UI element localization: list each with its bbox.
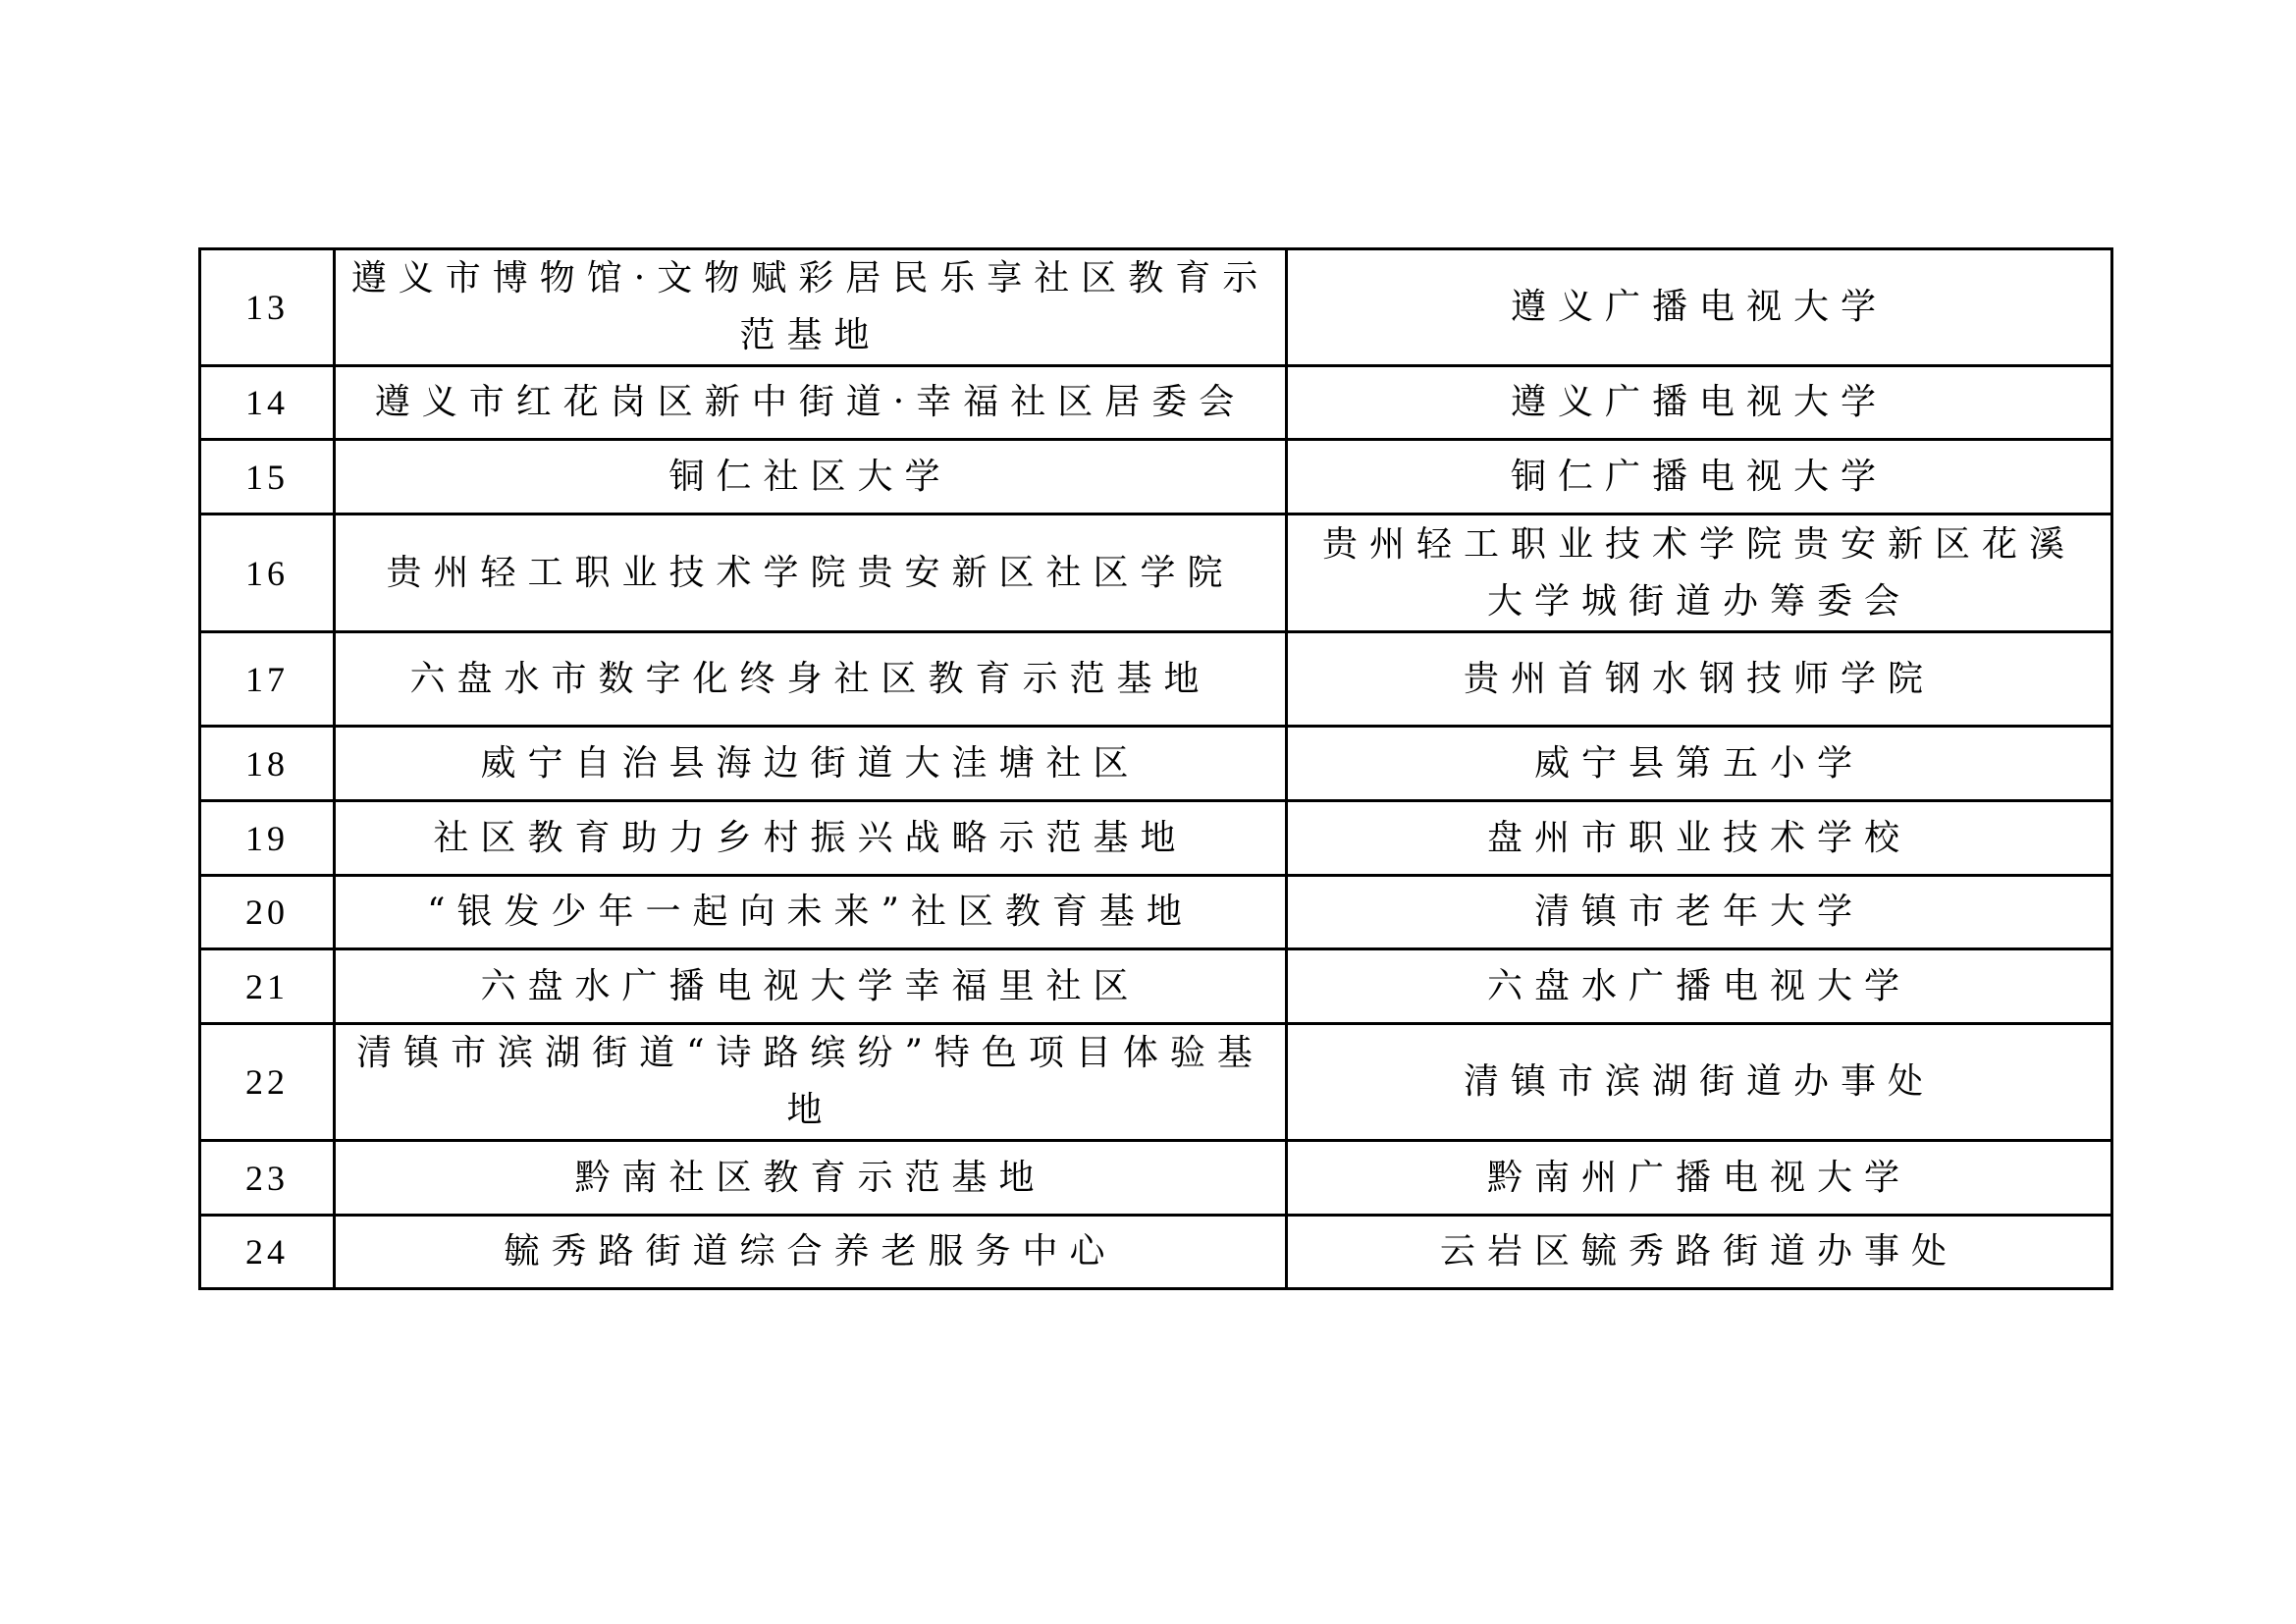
applicant-unit: 遵义广播电视大学 [1287, 249, 2112, 366]
table-row: 24 毓秀路街道综合养老服务中心 云岩区毓秀路街道办事处 [200, 1216, 2112, 1289]
base-name: 六盘水市数字化终身社区教育示范基地 [335, 632, 1287, 727]
base-name: 黔南社区教育示范基地 [335, 1141, 1287, 1216]
row-number: 22 [200, 1024, 335, 1141]
row-number: 18 [200, 727, 335, 801]
document-page: 13 遵义市博物馆·文物赋彩居民乐享社区教育示范基地 遵义广播电视大学 14 遵… [0, 0, 2296, 1624]
table-row: 13 遵义市博物馆·文物赋彩居民乐享社区教育示范基地 遵义广播电视大学 [200, 249, 2112, 366]
applicant-unit: 清镇市老年大学 [1287, 876, 2112, 949]
row-number: 19 [200, 801, 335, 876]
row-number: 20 [200, 876, 335, 949]
base-name: 清镇市滨湖街道“诗路缤纷”特色项目体验基地 [335, 1024, 1287, 1141]
base-name: 贵州轻工职业技术学院贵安新区社区学院 [335, 514, 1287, 632]
base-name: 六盘水广播电视大学幸福里社区 [335, 949, 1287, 1024]
base-name: 铜仁社区大学 [335, 440, 1287, 514]
row-number: 14 [200, 366, 335, 440]
applicant-unit: 盘州市职业技术学校 [1287, 801, 2112, 876]
applicant-unit: 贵州首钢水钢技师学院 [1287, 632, 2112, 727]
table-row: 14 遵义市红花岗区新中街道·幸福社区居委会 遵义广播电视大学 [200, 366, 2112, 440]
applicant-unit: 云岩区毓秀路街道办事处 [1287, 1216, 2112, 1289]
base-name: 威宁自治县海边街道大洼塘社区 [335, 727, 1287, 801]
table-row: 20 “银发少年一起向未来”社区教育基地 清镇市老年大学 [200, 876, 2112, 949]
applicant-unit: 贵州轻工职业技术学院贵安新区花溪大学城街道办筹委会 [1287, 514, 2112, 632]
row-number: 21 [200, 949, 335, 1024]
table-row: 21 六盘水广播电视大学幸福里社区 六盘水广播电视大学 [200, 949, 2112, 1024]
row-number: 16 [200, 514, 335, 632]
applicant-unit: 遵义广播电视大学 [1287, 366, 2112, 440]
table-row: 17 六盘水市数字化终身社区教育示范基地 贵州首钢水钢技师学院 [200, 632, 2112, 727]
applicant-unit: 铜仁广播电视大学 [1287, 440, 2112, 514]
base-name: 遵义市红花岗区新中街道·幸福社区居委会 [335, 366, 1287, 440]
row-number: 13 [200, 249, 335, 366]
row-number: 17 [200, 632, 335, 727]
row-number: 24 [200, 1216, 335, 1289]
table-row: 22 清镇市滨湖街道“诗路缤纷”特色项目体验基地 清镇市滨湖街道办事处 [200, 1024, 2112, 1141]
base-name: 社区教育助力乡村振兴战略示范基地 [335, 801, 1287, 876]
table-row: 23 黔南社区教育示范基地 黔南州广播电视大学 [200, 1141, 2112, 1216]
table-row: 18 威宁自治县海边街道大洼塘社区 威宁县第五小学 [200, 727, 2112, 801]
applicant-unit: 威宁县第五小学 [1287, 727, 2112, 801]
base-name: 毓秀路街道综合养老服务中心 [335, 1216, 1287, 1289]
row-number: 15 [200, 440, 335, 514]
base-name: “银发少年一起向未来”社区教育基地 [335, 876, 1287, 949]
base-list-table: 13 遵义市博物馆·文物赋彩居民乐享社区教育示范基地 遵义广播电视大学 14 遵… [198, 247, 2113, 1290]
table-row: 19 社区教育助力乡村振兴战略示范基地 盘州市职业技术学校 [200, 801, 2112, 876]
base-name: 遵义市博物馆·文物赋彩居民乐享社区教育示范基地 [335, 249, 1287, 366]
row-number: 23 [200, 1141, 335, 1216]
applicant-unit: 清镇市滨湖街道办事处 [1287, 1024, 2112, 1141]
applicant-unit: 黔南州广播电视大学 [1287, 1141, 2112, 1216]
applicant-unit: 六盘水广播电视大学 [1287, 949, 2112, 1024]
table-row: 15 铜仁社区大学 铜仁广播电视大学 [200, 440, 2112, 514]
table-row: 16 贵州轻工职业技术学院贵安新区社区学院 贵州轻工职业技术学院贵安新区花溪大学… [200, 514, 2112, 632]
